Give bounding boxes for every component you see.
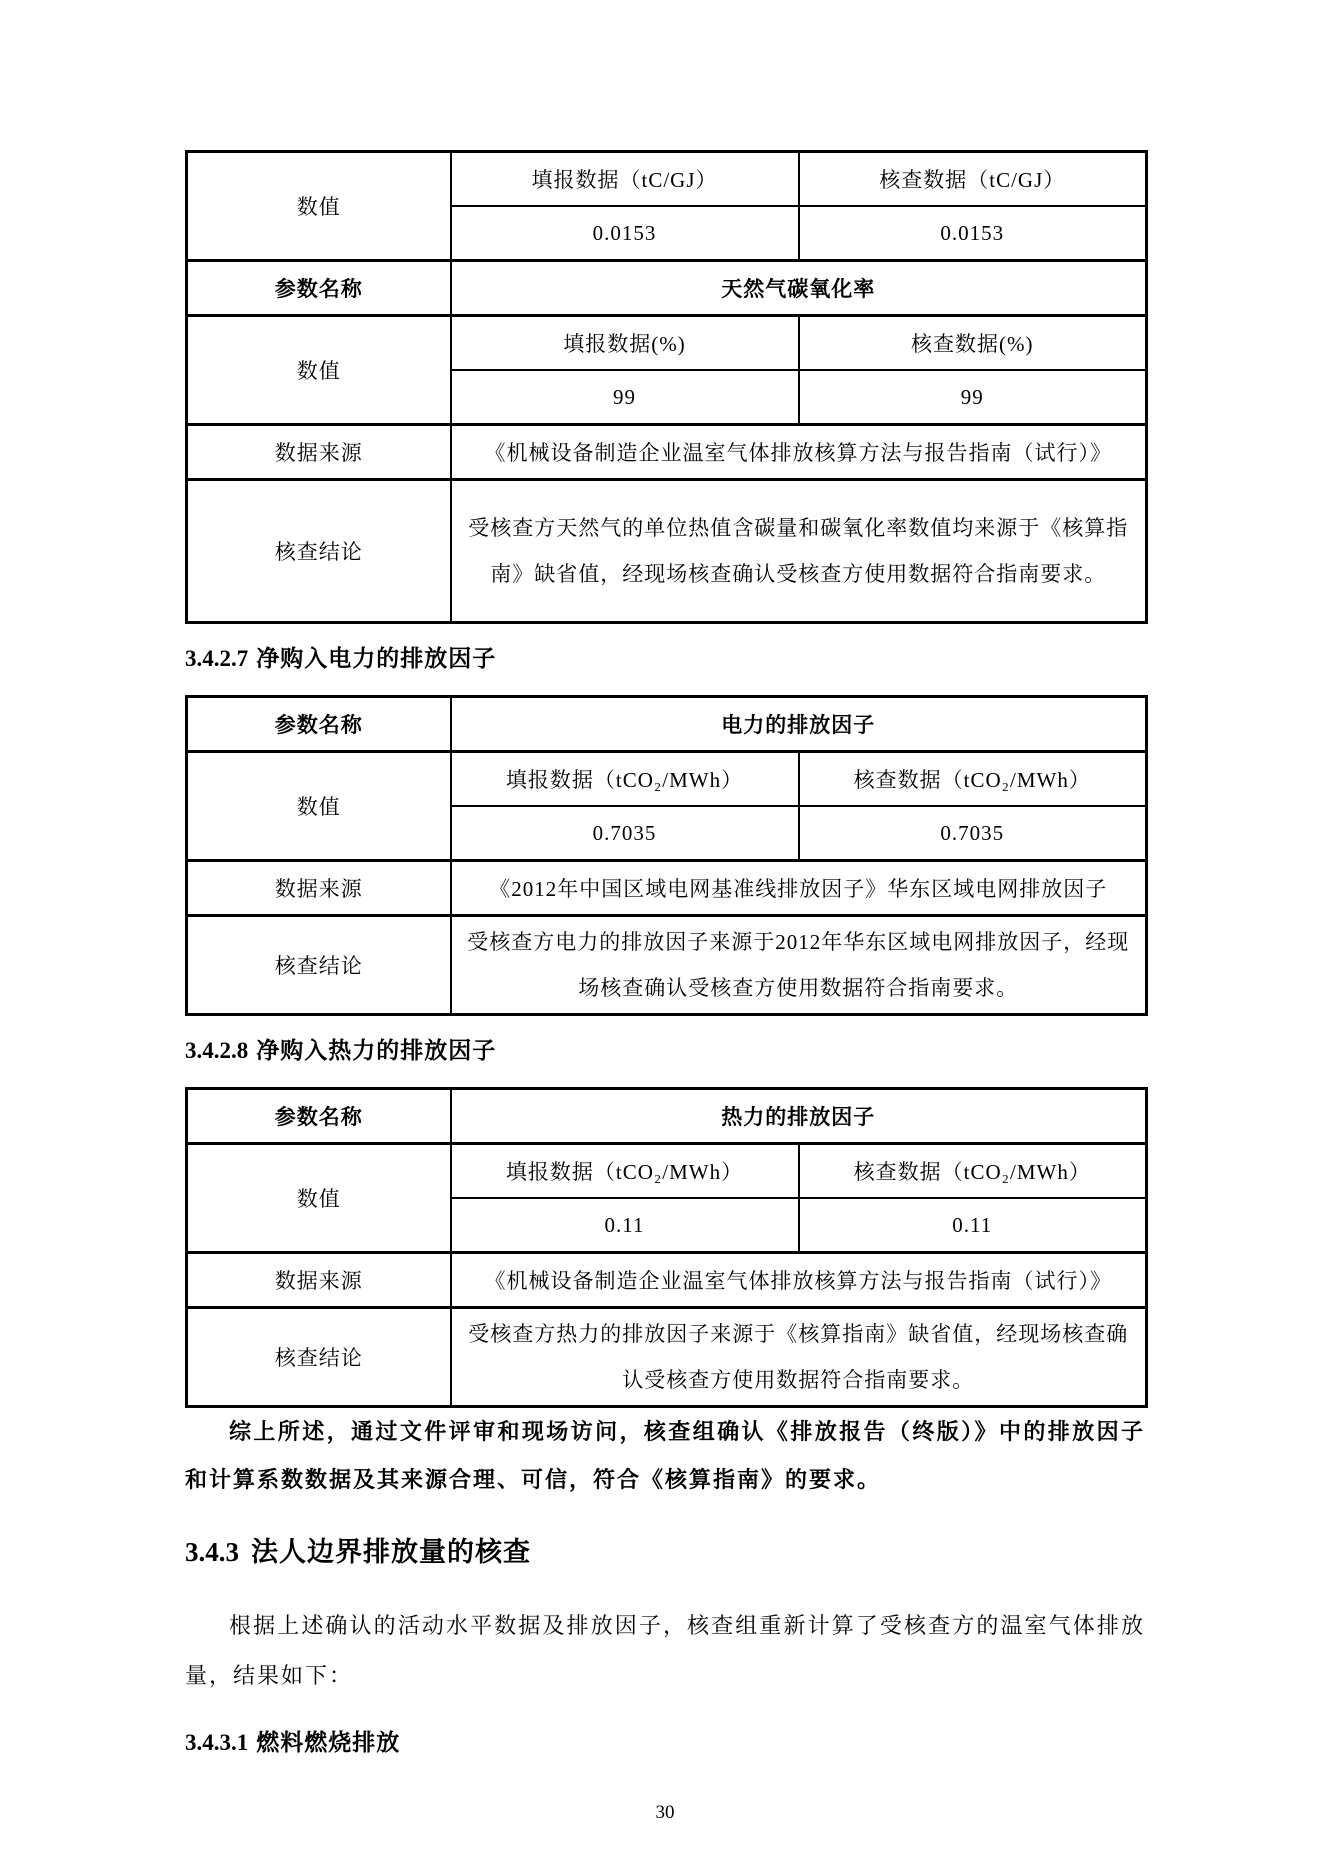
verified-data-header: 核查数据(%) xyxy=(799,316,1147,371)
heading-3-4-2-7: 3.4.2.7净购入电力的排放因子 xyxy=(185,641,1145,676)
conclusion-text: 受核查方电力的排放因子来源于2012年华东区域电网排放因子，经现场核查确认受核查… xyxy=(451,916,1147,1015)
reported-data-header: 填报数据(%) xyxy=(451,316,799,371)
reported-value-cell: 0.7035 xyxy=(451,806,799,861)
value-row-label: 数值 xyxy=(187,752,451,861)
data-source-label: 数据来源 xyxy=(187,1253,451,1308)
data-source-value: 《2012年中国区域电网基准线排放因子》华东区域电网排放因子 xyxy=(451,861,1147,916)
heading-3-4-2-8: 3.4.2.8净购入热力的排放因子 xyxy=(185,1033,1145,1068)
table-row: 数值 填报数据（tC/GJ） 核查数据（tC/GJ） xyxy=(187,152,1147,207)
table-row: 核查结论 受核查方热力的排放因子来源于《核算指南》缺省值，经现场核查确认受核查方… xyxy=(187,1308,1147,1407)
heat-parameter-table: 参数名称 热力的排放因子 数值 填报数据（tCO₂/MWh） 核查数据（tCO₂… xyxy=(185,1087,1148,1408)
conclusion-text: 受核查方天然气的单位热值含碳量和碳氧化率数值均来源于《核算指南》缺省值，经现场核… xyxy=(451,480,1147,623)
data-source-value: 《机械设备制造企业温室气体排放核算方法与报告指南（试行）》 xyxy=(451,425,1147,480)
value-row-label: 数值 xyxy=(187,1144,451,1253)
heading-number: 3.4.3.1 xyxy=(185,1730,248,1755)
conclusion-label: 核查结论 xyxy=(187,916,451,1015)
verified-value-cell: 0.0153 xyxy=(799,206,1147,261)
electricity-parameter-table: 参数名称 电力的排放因子 数值 填报数据（tCO₂/MWh） 核查数据（tCO₂… xyxy=(185,695,1148,1016)
parameter-name-label: 参数名称 xyxy=(187,1089,451,1144)
table-row: 数据来源 《2012年中国区域电网基准线排放因子》华东区域电网排放因子 xyxy=(187,861,1147,916)
reported-value-cell: 0.0153 xyxy=(451,206,799,261)
conclusion-label: 核查结论 xyxy=(187,1308,451,1407)
heading-3-4-3: 3.4.3法人边界排放量的核查 xyxy=(185,1532,1145,1572)
value-row-label: 数值 xyxy=(187,316,451,425)
heading-number: 3.4.3 xyxy=(185,1537,239,1567)
document-page: 数值 填报数据（tC/GJ） 核查数据（tC/GJ） 0.0153 0.0153… xyxy=(0,0,1323,1871)
verified-data-header: 核查数据（tCO₂/MWh） xyxy=(799,752,1147,807)
heading-title: 净购入热力的排放因子 xyxy=(256,1037,496,1063)
page-content: 数值 填报数据（tC/GJ） 核查数据（tC/GJ） 0.0153 0.0153… xyxy=(185,150,1145,1826)
verified-value-cell: 0.7035 xyxy=(799,806,1147,861)
conclusion-text: 受核查方热力的排放因子来源于《核算指南》缺省值，经现场核查确认受核查方使用数据符… xyxy=(451,1308,1147,1407)
table-row: 数值 填报数据（tCO₂/MWh） 核查数据（tCO₂/MWh） xyxy=(187,752,1147,807)
value-row-label: 数值 xyxy=(187,152,451,261)
table-row: 数值 填报数据（tCO₂/MWh） 核查数据（tCO₂/MWh） xyxy=(187,1144,1147,1199)
table-row: 参数名称 天然气碳氧化率 xyxy=(187,261,1147,316)
natural-gas-parameter-table: 数值 填报数据（tC/GJ） 核查数据（tC/GJ） 0.0153 0.0153… xyxy=(185,150,1148,624)
data-source-value: 《机械设备制造企业温室气体排放核算方法与报告指南（试行）》 xyxy=(451,1253,1147,1308)
reported-data-header: 填报数据（tC/GJ） xyxy=(451,152,799,207)
page-number: 30 xyxy=(185,1800,1145,1826)
parameter-name-value: 热力的排放因子 xyxy=(451,1089,1147,1144)
conclusion-label: 核查结论 xyxy=(187,480,451,623)
reported-value-cell: 99 xyxy=(451,370,799,425)
summary-paragraph: 综上所述，通过文件评审和现场访问，核查组确认《排放报告（终版）》中的排放因子和计… xyxy=(185,1408,1145,1504)
verified-value-cell: 99 xyxy=(799,370,1147,425)
reported-data-header: 填报数据（tCO₂/MWh） xyxy=(451,752,799,807)
parameter-name-value: 天然气碳氧化率 xyxy=(451,261,1147,316)
data-source-label: 数据来源 xyxy=(187,861,451,916)
data-source-label: 数据来源 xyxy=(187,425,451,480)
verified-data-header: 核查数据（tC/GJ） xyxy=(799,152,1147,207)
parameter-name-label: 参数名称 xyxy=(187,261,451,316)
table-row: 核查结论 受核查方天然气的单位热值含碳量和碳氧化率数值均来源于《核算指南》缺省值… xyxy=(187,480,1147,623)
verified-value-cell: 0.11 xyxy=(799,1198,1147,1253)
parameter-name-value: 电力的排放因子 xyxy=(451,697,1147,752)
table-row: 数据来源 《机械设备制造企业温室气体排放核算方法与报告指南（试行）》 xyxy=(187,425,1147,480)
heading-number: 3.4.2.7 xyxy=(185,646,248,671)
heading-number: 3.4.2.8 xyxy=(185,1038,248,1063)
table-row: 核查结论 受核查方电力的排放因子来源于2012年华东区域电网排放因子，经现场核查… xyxy=(187,916,1147,1015)
table-row: 数值 填报数据(%) 核查数据(%) xyxy=(187,316,1147,371)
heading-3-4-3-1: 3.4.3.1燃料燃烧排放 xyxy=(185,1725,1145,1760)
heading-title: 净购入电力的排放因子 xyxy=(256,645,496,671)
recalculation-paragraph: 根据上述确认的活动水平数据及排放因子，核查组重新计算了受核查方的温室气体排放量，… xyxy=(185,1601,1145,1701)
verified-data-header: 核查数据（tCO₂/MWh） xyxy=(799,1144,1147,1199)
table-row: 参数名称 热力的排放因子 xyxy=(187,1089,1147,1144)
table-row: 参数名称 电力的排放因子 xyxy=(187,697,1147,752)
parameter-name-label: 参数名称 xyxy=(187,697,451,752)
table-row: 数据来源 《机械设备制造企业温室气体排放核算方法与报告指南（试行）》 xyxy=(187,1253,1147,1308)
reported-value-cell: 0.11 xyxy=(451,1198,799,1253)
heading-title: 法人边界排放量的核查 xyxy=(251,1537,531,1567)
reported-data-header: 填报数据（tCO₂/MWh） xyxy=(451,1144,799,1199)
heading-title: 燃料燃烧排放 xyxy=(256,1729,400,1755)
